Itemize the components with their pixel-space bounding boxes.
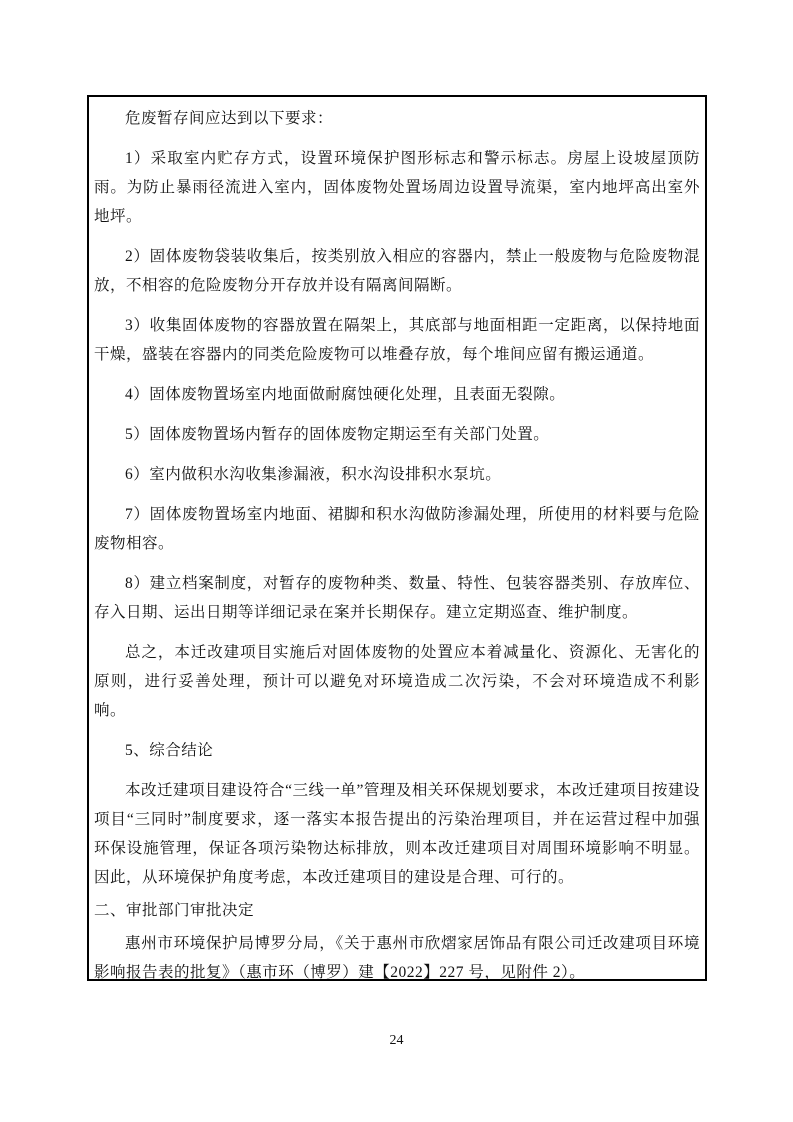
paragraph: 8）建立档案制度，对暂存的废物种类、数量、特性、包装容器类别、存放库位、存入日期… bbox=[94, 569, 700, 627]
paragraph: 6）室内做积水沟收集渗漏液，积水沟设排积水泵坑。 bbox=[94, 460, 700, 489]
paragraph: 5）固体废物置场内暂存的固体废物定期运至有关部门处置。 bbox=[94, 420, 700, 449]
paragraph: 二、审批部门审批决定 bbox=[94, 896, 700, 925]
page-number: 24 bbox=[0, 1033, 793, 1049]
paragraph: 7）固体废物置场室内地面、裙脚和积水沟做防渗漏处理，所使用的材料要与危险废物相容… bbox=[94, 500, 700, 558]
paragraph: 4）固体废物置场室内地面做耐腐蚀硬化处理，且表面无裂隙。 bbox=[94, 380, 700, 409]
paragraph: 本改迁建项目建设符合“三线一单”管理及相关环保规划要求，本改迁建项目按建设项目“… bbox=[94, 776, 700, 892]
paragraph: 危废暂存间应达到以下要求： bbox=[94, 104, 700, 133]
content-cell: 危废暂存间应达到以下要求：1）采取室内贮存方式，设置环境保护图形标志和警示标志。… bbox=[87, 95, 707, 981]
paragraph: 3）收集固体废物的容器放置在隔架上，其底部与地面相距一定距离，以保持地面干燥，盛… bbox=[94, 311, 700, 369]
paragraph: 惠州市环境保护局博罗分局，《关于惠州市欣熠家居饰品有限公司迁改建项目环境影响报告… bbox=[94, 929, 700, 981]
paragraph: 5、综合结论 bbox=[94, 736, 700, 765]
paragraph: 1）采取室内贮存方式，设置环境保护图形标志和警示标志。房屋上设坡屋顶防雨。为防止… bbox=[94, 144, 700, 231]
paragraph: 2）固体废物袋装收集后，按类别放入相应的容器内，禁止一般废物与危险废物混放，不相… bbox=[94, 242, 700, 300]
document-page: { "page": { "number": "24" }, "document"… bbox=[0, 0, 793, 1122]
paragraph: 总之，本迁改建项目实施后对固体废物的处置应本着减量化、资源化、无害化的原则，进行… bbox=[94, 638, 700, 725]
